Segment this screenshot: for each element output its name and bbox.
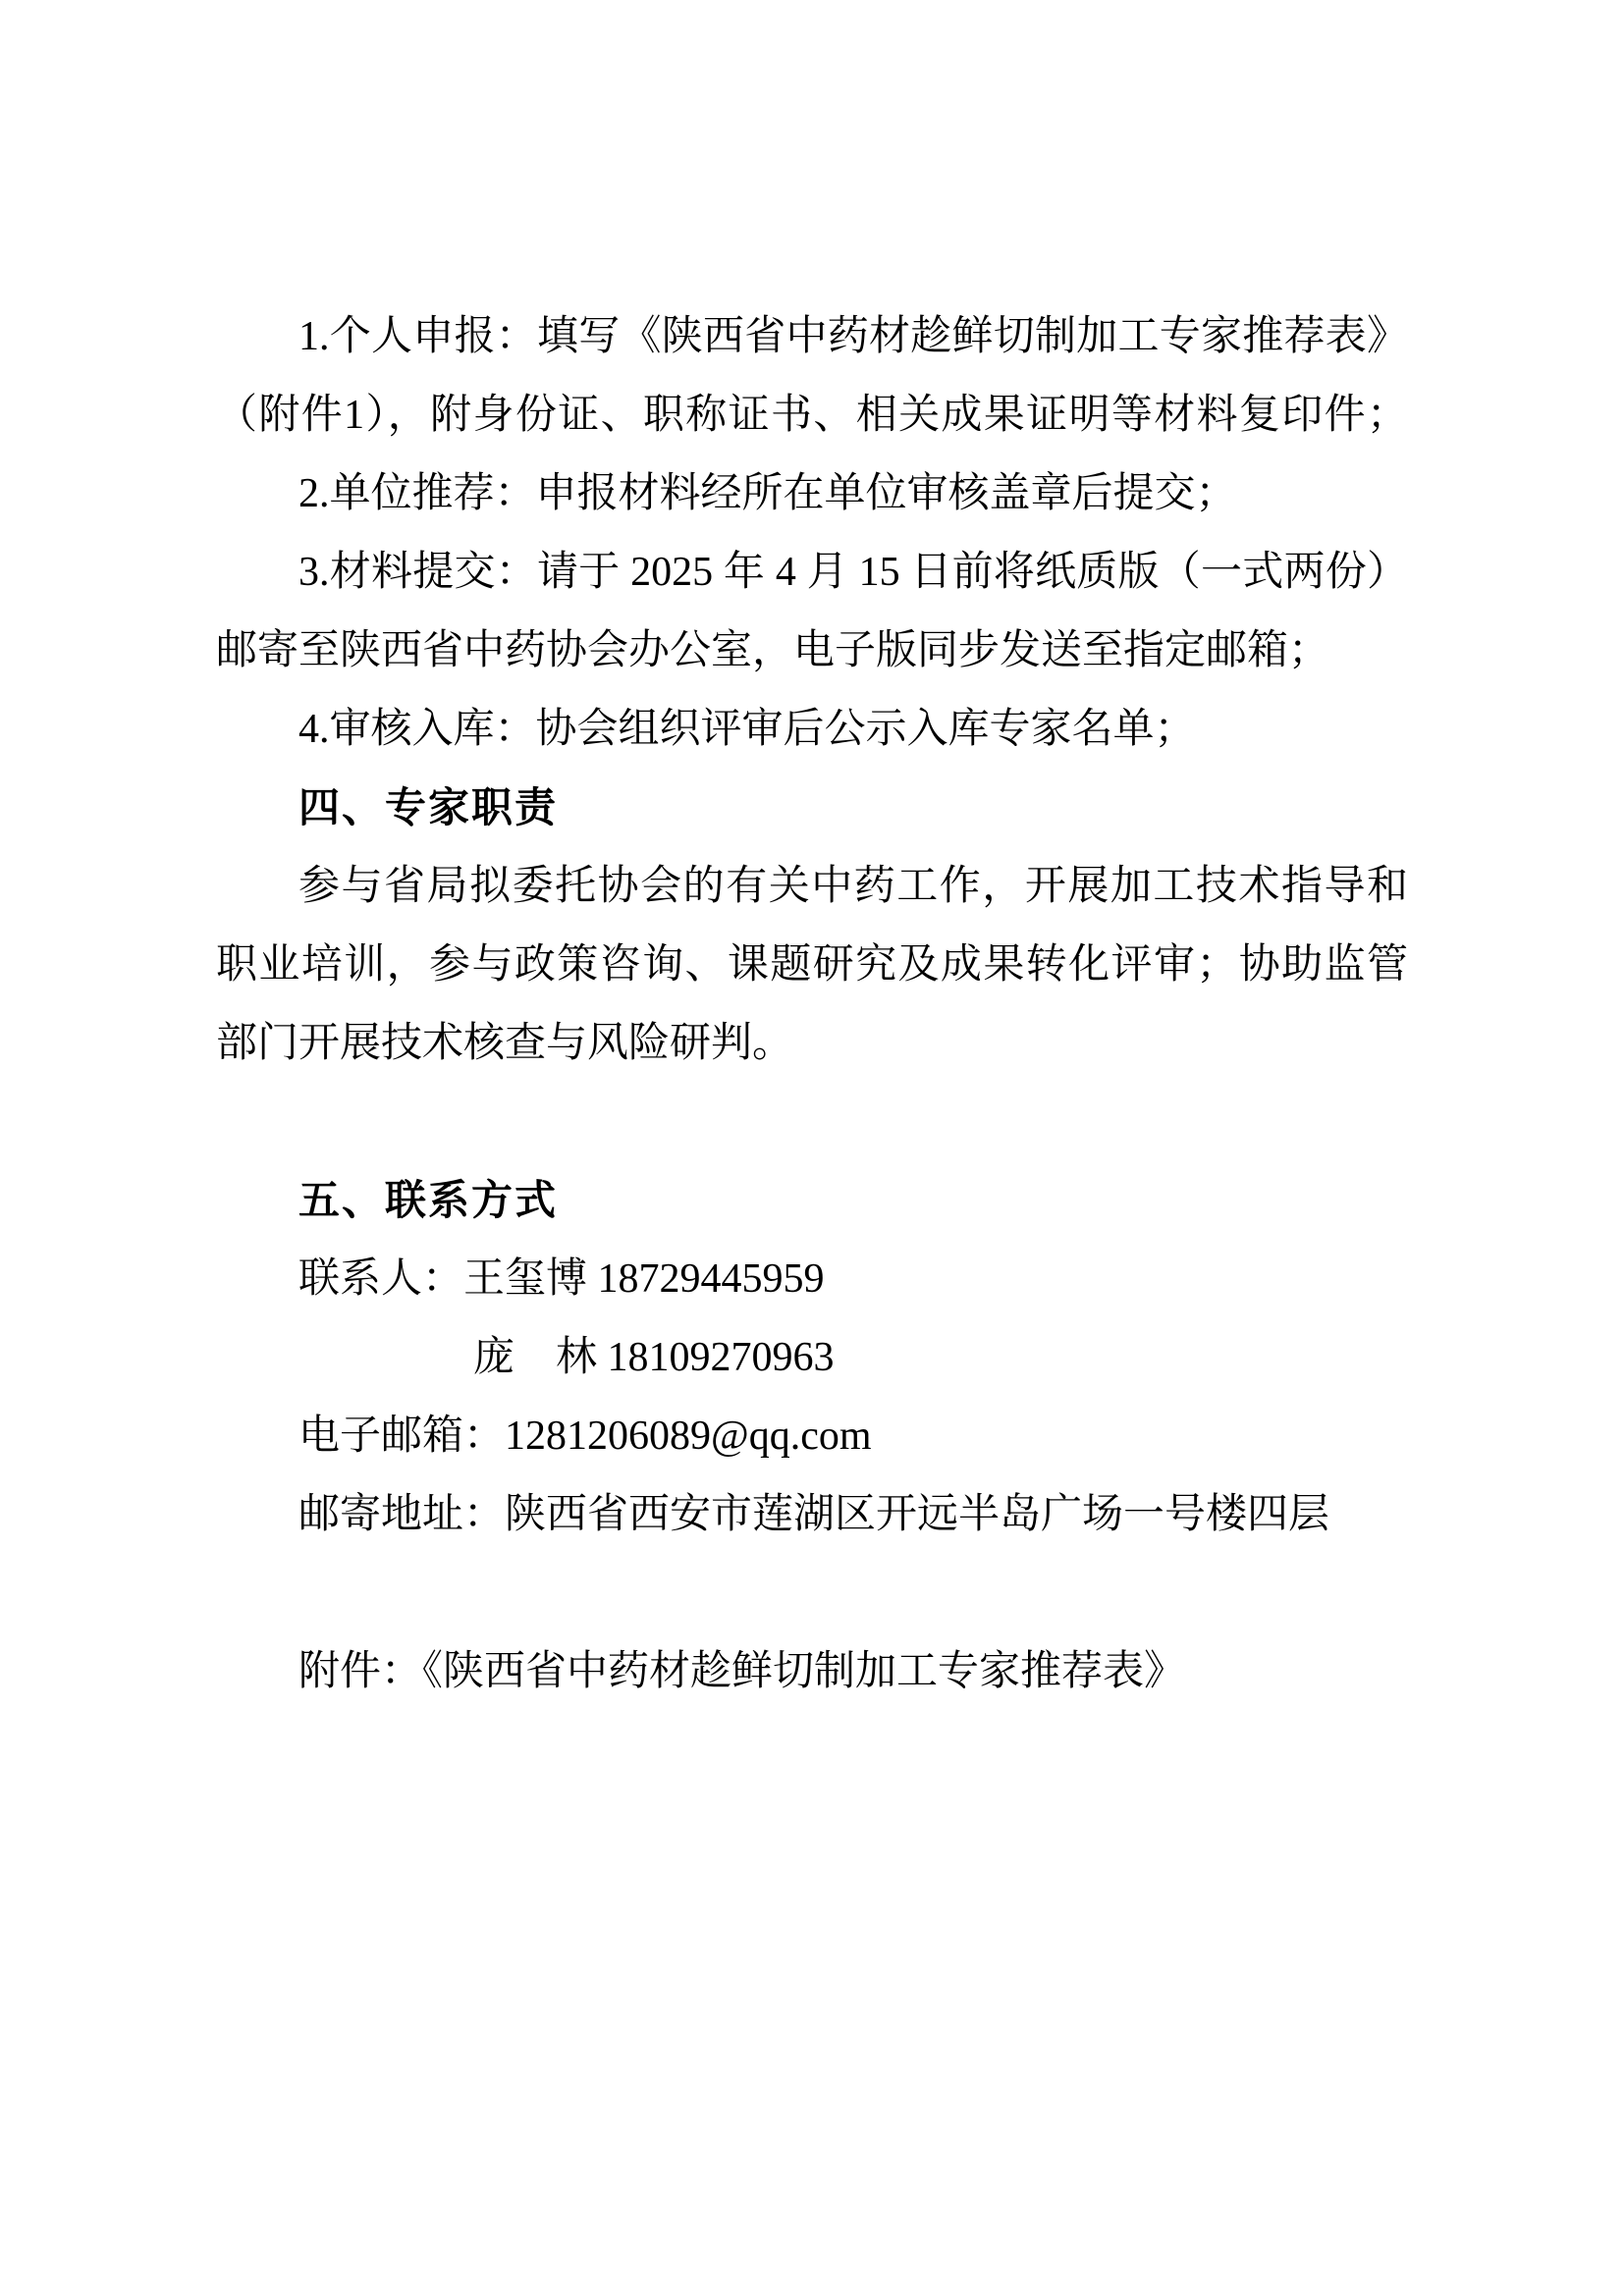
- contact-section-heading: 五、联系方式: [216, 1161, 1408, 1240]
- email-value: 1281206089@qq.com: [505, 1414, 872, 1459]
- contact-person2-line: 庞 林 18109270963: [216, 1318, 1408, 1397]
- attachment-line: 附件：《陕西省中药材趁鲜切制加工专家推荐表》: [216, 1632, 1408, 1711]
- contact-person2-phone: 18109270963: [608, 1335, 835, 1380]
- email-label: 电子邮箱：: [298, 1414, 505, 1459]
- document-page: 1.个人申报：填写《陕西省中药材趁鲜切制加工专家推荐表》 （附件1），附身份证、…: [0, 0, 1624, 2296]
- blank-line: [216, 1554, 1408, 1632]
- contact-label: 联系人：: [298, 1256, 463, 1302]
- procedure-item4: 4.审核入库：协会组织评审后公示入库专家名单；: [216, 690, 1408, 769]
- procedure-item1-line2: （附件1），附身份证、职称证书、相关成果证明等材料复印件；: [216, 376, 1408, 454]
- duties-body-line2: 职业培训，参与政策咨询、课题研究及成果转化评审；协助监管: [216, 926, 1408, 1004]
- procedure-item3-line2: 邮寄至陕西省中药协会办公室，电子版同步发送至指定邮箱；: [216, 612, 1408, 690]
- contact-person1-phone: 18729445959: [598, 1256, 825, 1302]
- address-value: 陕西省西安市莲湖区开远半岛广场一号楼四层: [505, 1492, 1329, 1537]
- contact-person1-line: 联系人：王玺博 18729445959: [216, 1240, 1408, 1318]
- document-content: 1.个人申报：填写《陕西省中药材趁鲜切制加工专家推荐表》 （附件1），附身份证、…: [216, 297, 1408, 1711]
- duties-section-heading: 四、专家职责: [216, 769, 1408, 847]
- procedure-item1-line1: 1.个人申报：填写《陕西省中药材趁鲜切制加工专家推荐表》: [216, 297, 1408, 376]
- blank-line: [216, 1083, 1408, 1161]
- procedure-item2: 2.单位推荐：申报材料经所在单位审核盖章后提交；: [216, 454, 1408, 533]
- contact-person1-name: 王玺博: [463, 1256, 587, 1302]
- procedure-item3-line1: 3.材料提交：请于 2025 年 4 月 15 日前将纸质版（一式两份）: [216, 533, 1408, 612]
- attachment-label: 附件：: [298, 1649, 422, 1694]
- duties-body-line1: 参与省局拟委托协会的有关中药工作，开展加工技术指导和: [216, 847, 1408, 926]
- address-label: 邮寄地址：: [298, 1492, 505, 1537]
- contact-spacer: [597, 1335, 608, 1380]
- attachment-title: 《陕西省中药材趁鲜切制加工专家推荐表》: [422, 1649, 1185, 1694]
- contact-address-line: 邮寄地址：陕西省西安市莲湖区开远半岛广场一号楼四层: [216, 1475, 1408, 1554]
- contact-spacer: [587, 1256, 598, 1302]
- contact-person2-name: 庞 林: [473, 1335, 597, 1380]
- duties-body-line3: 部门开展技术核查与风险研判。: [216, 1004, 1408, 1083]
- contact-email-line: 电子邮箱：1281206089@qq.com: [216, 1397, 1408, 1475]
